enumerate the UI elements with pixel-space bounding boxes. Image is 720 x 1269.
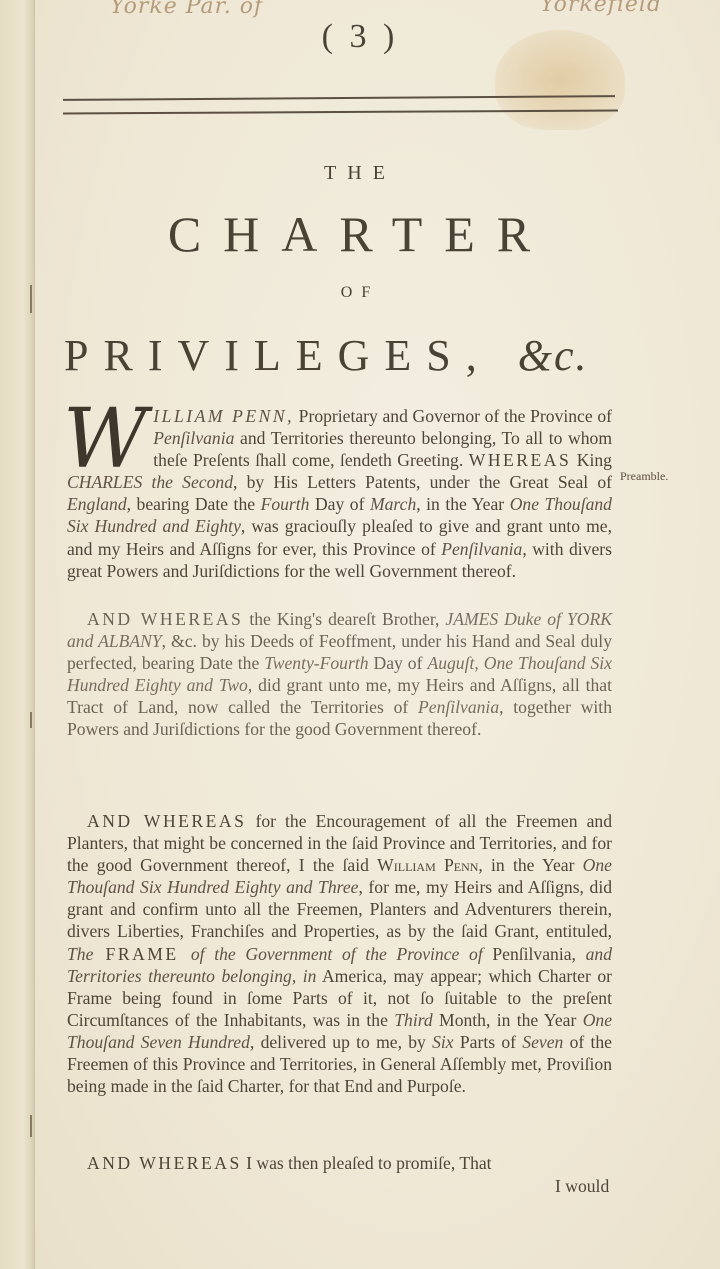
text-span: March <box>370 494 416 514</box>
title-privileges: PRIVILEGES, &c. <box>64 330 589 381</box>
text-span: Twenty-Fourth <box>264 653 368 673</box>
text-span: , by His Letters Patents, under the Grea… <box>233 472 612 492</box>
text-span: Seven <box>522 1032 563 1052</box>
text-span: Proprietary and Governor of the Province… <box>294 406 612 426</box>
text-span: , in the Year <box>478 855 582 875</box>
paragraph-3: AND WHEREAS for the Encouragement of all… <box>67 810 612 1097</box>
text-span: , bearing Date the <box>127 494 261 514</box>
text-span: William Penn <box>377 855 478 875</box>
text-span: AND WHEREAS <box>87 1153 242 1173</box>
text-span: King <box>571 450 612 470</box>
text-span: AND WHEREAS <box>87 609 243 629</box>
title-the: THE <box>0 162 720 185</box>
title-charter: CHARTER <box>0 205 720 263</box>
paragraph-1: WILLIAM PENN, Proprietary and Governor o… <box>67 405 612 582</box>
previous-page-edge <box>0 0 35 1269</box>
text-span: , in the Year <box>416 494 509 514</box>
text-span: Day of <box>369 653 428 673</box>
text-span: I was then pleaſed to promiſe, That <box>242 1153 492 1173</box>
title-etc: &c. <box>518 331 589 380</box>
text-span: Day of <box>309 494 370 514</box>
catchword: I would <box>555 1176 609 1197</box>
title-of: OF <box>0 284 720 302</box>
text-span: Parts of <box>454 1032 523 1052</box>
paragraph-4: AND WHEREAS I was then pleaſed to promiſ… <box>67 1152 612 1174</box>
text-span: of the Government of the Province of <box>191 944 483 964</box>
text-span: WHEREAS <box>469 450 572 470</box>
binding-mark <box>30 1115 32 1137</box>
paragraph-2: AND WHEREAS the King's deareſt Brother, … <box>67 608 612 741</box>
text-span: Third <box>394 1010 432 1030</box>
text-span: Six <box>432 1032 454 1052</box>
text-span: England <box>67 494 127 514</box>
text-span: Month, in the Year <box>433 1010 583 1030</box>
handwritten-annotation-left: Yorke Par. of <box>110 0 263 19</box>
text-span: Penſilvania <box>418 697 499 717</box>
text-span: FRAME <box>93 944 190 964</box>
text-span: Fourth <box>261 494 310 514</box>
title-privileges-word: PRIVILEGES, <box>64 331 492 380</box>
text-span: Penſilvania <box>153 428 234 448</box>
drop-cap: W <box>63 409 147 471</box>
binding-mark <box>30 712 32 728</box>
text-span: the King's deareſt Brother, <box>243 609 445 629</box>
handwritten-annotation-right: Yorkefield <box>540 0 662 17</box>
text-span: Penſilvania <box>441 539 522 559</box>
margin-note-preamble: Preamble. <box>620 469 668 484</box>
text-span: The <box>67 944 93 964</box>
text-span: ILLIAM PENN, <box>153 406 294 426</box>
text-span: , delivered up to me, by <box>250 1032 432 1052</box>
text-span: AND WHEREAS <box>87 811 246 831</box>
page-number: ( 3 ) <box>0 18 720 56</box>
text-span: Penſilvania, <box>483 944 586 964</box>
text-span: CHARLES the Second <box>67 472 233 492</box>
